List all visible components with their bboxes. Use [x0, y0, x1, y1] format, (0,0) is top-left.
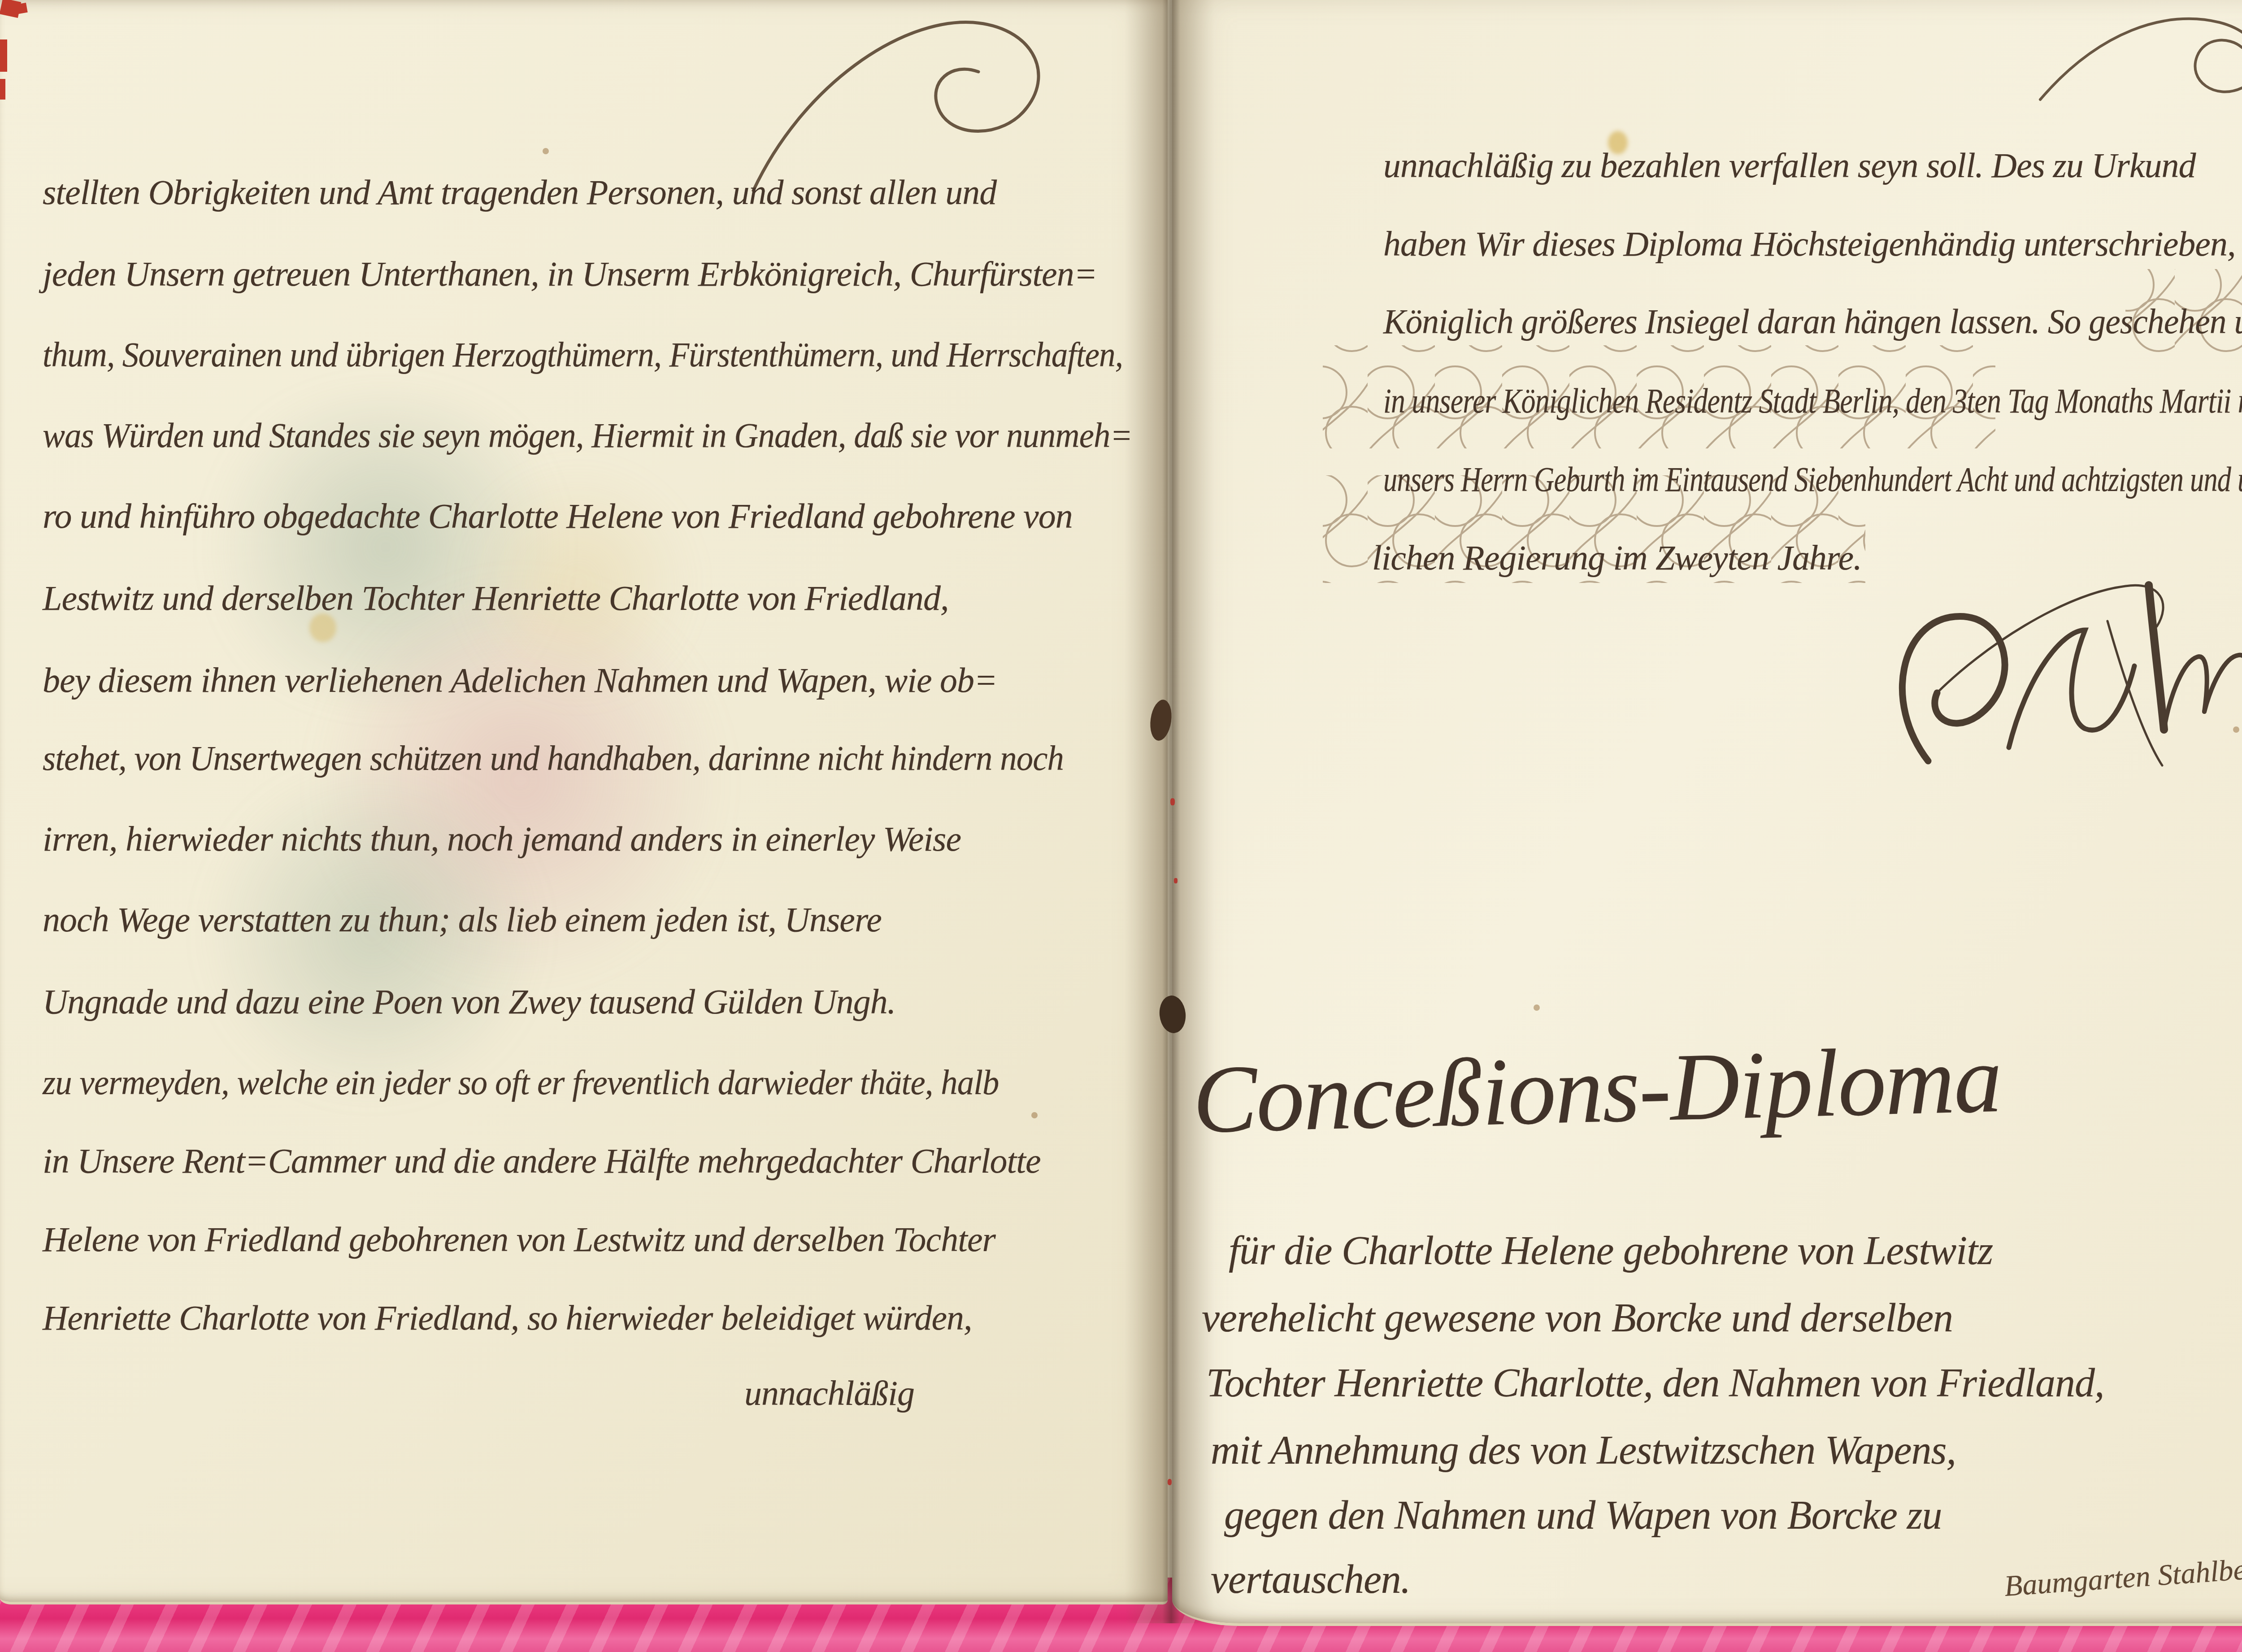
manuscript-line: ro und hinführo obgedachte Charlotte Hel… — [43, 499, 1073, 534]
manuscript-line: Henriette Charlotte von Friedland, so hi… — [43, 1300, 972, 1335]
manuscript-line: unnachläßig zu bezahlen verfallen seyn s… — [1383, 148, 2196, 183]
foxing-dot — [1534, 1004, 1540, 1011]
manuscript-line: haben Wir dieses Diploma Höchsteigenhänd… — [1383, 226, 2242, 261]
swash-flourish-right-page — [2031, 4, 2242, 110]
manuscript-line: Königlich größeres Insiegel daran hängen… — [1383, 304, 2242, 339]
red-edge-mark — [0, 79, 5, 100]
diploma-heading: Conceßions-Diploma — [1191, 1030, 2002, 1148]
manuscript-line: Helene von Friedland gebohrenen von Lest… — [43, 1222, 995, 1257]
manuscript-line: was Würden und Standes sie seyn mögen, H… — [43, 418, 1132, 453]
foxing-dot — [543, 148, 549, 154]
manuscript-line: bey diesem ihnen verliehenen Adelichen N… — [43, 663, 997, 698]
manuscript-line: jeden Unsern getreuen Unterthanen, in Un… — [43, 256, 1097, 291]
red-speck — [1174, 878, 1177, 883]
manuscript-line: stellten Obrigkeiten und Amt tragenden P… — [43, 175, 996, 210]
title-line: Tochter Henriette Charlotte, den Nahmen … — [1206, 1363, 2104, 1404]
red-edge-mark — [14, 3, 27, 14]
title-line: verehelicht gewesene von Borcke und ders… — [1202, 1298, 1953, 1339]
foxing-dot — [1031, 1112, 1038, 1118]
spiral-flourish-left-page — [740, 4, 1063, 197]
title-line: gegen den Nahmen und Wapen von Borcke zu — [1224, 1495, 1942, 1536]
manuscript-line: Ungnade und dazu eine Poen von Zwey taus… — [43, 984, 895, 1019]
manuscript-line: in Unsere Rent=Cammer und die andere Häl… — [43, 1143, 1041, 1178]
red-edge-mark — [0, 39, 7, 72]
manuscript-line: lichen Regierung im Zweyten Jahre. — [1372, 540, 1862, 575]
manuscript-line: stehet, von Unsertwegen schützen und han… — [43, 741, 1064, 776]
manuscript-line: noch Wege verstatten zu thun; als lieb e… — [43, 902, 882, 937]
red-speck — [1168, 1479, 1172, 1485]
gutter-fold — [1125, 0, 1214, 1623]
manuscript-photo: stellten Obrigkeiten und Amt tragenden P… — [0, 0, 2242, 1652]
title-line: mit Annehmung des von Lestwitzschen Wape… — [1211, 1430, 1956, 1471]
royal-signature — [1874, 567, 2242, 778]
title-line: für die Charlotte Helene gebohrene von L… — [1229, 1231, 1993, 1271]
manuscript-line: unsers Herrn Geburth im Eintausend Siebe… — [1383, 462, 2242, 497]
manuscript-line: in unserer Königlichen Residentz Stadt B… — [1383, 383, 2242, 418]
title-line: vertauschen. — [1211, 1560, 1410, 1600]
red-speck — [1170, 798, 1175, 805]
paper-stain — [309, 613, 336, 642]
manuscript-line: Lestwitz und derselben Tochter Henriette… — [43, 581, 949, 616]
manuscript-line: irren, hierwieder nichts thun, noch jema… — [43, 822, 961, 856]
manuscript-line: zu vermeyden, welche ein jeder so oft er… — [43, 1065, 999, 1100]
manuscript-line: thum, Souverainen und übrigen Herzogthüm… — [43, 337, 1123, 372]
catchword: unnachläßig — [744, 1376, 914, 1411]
